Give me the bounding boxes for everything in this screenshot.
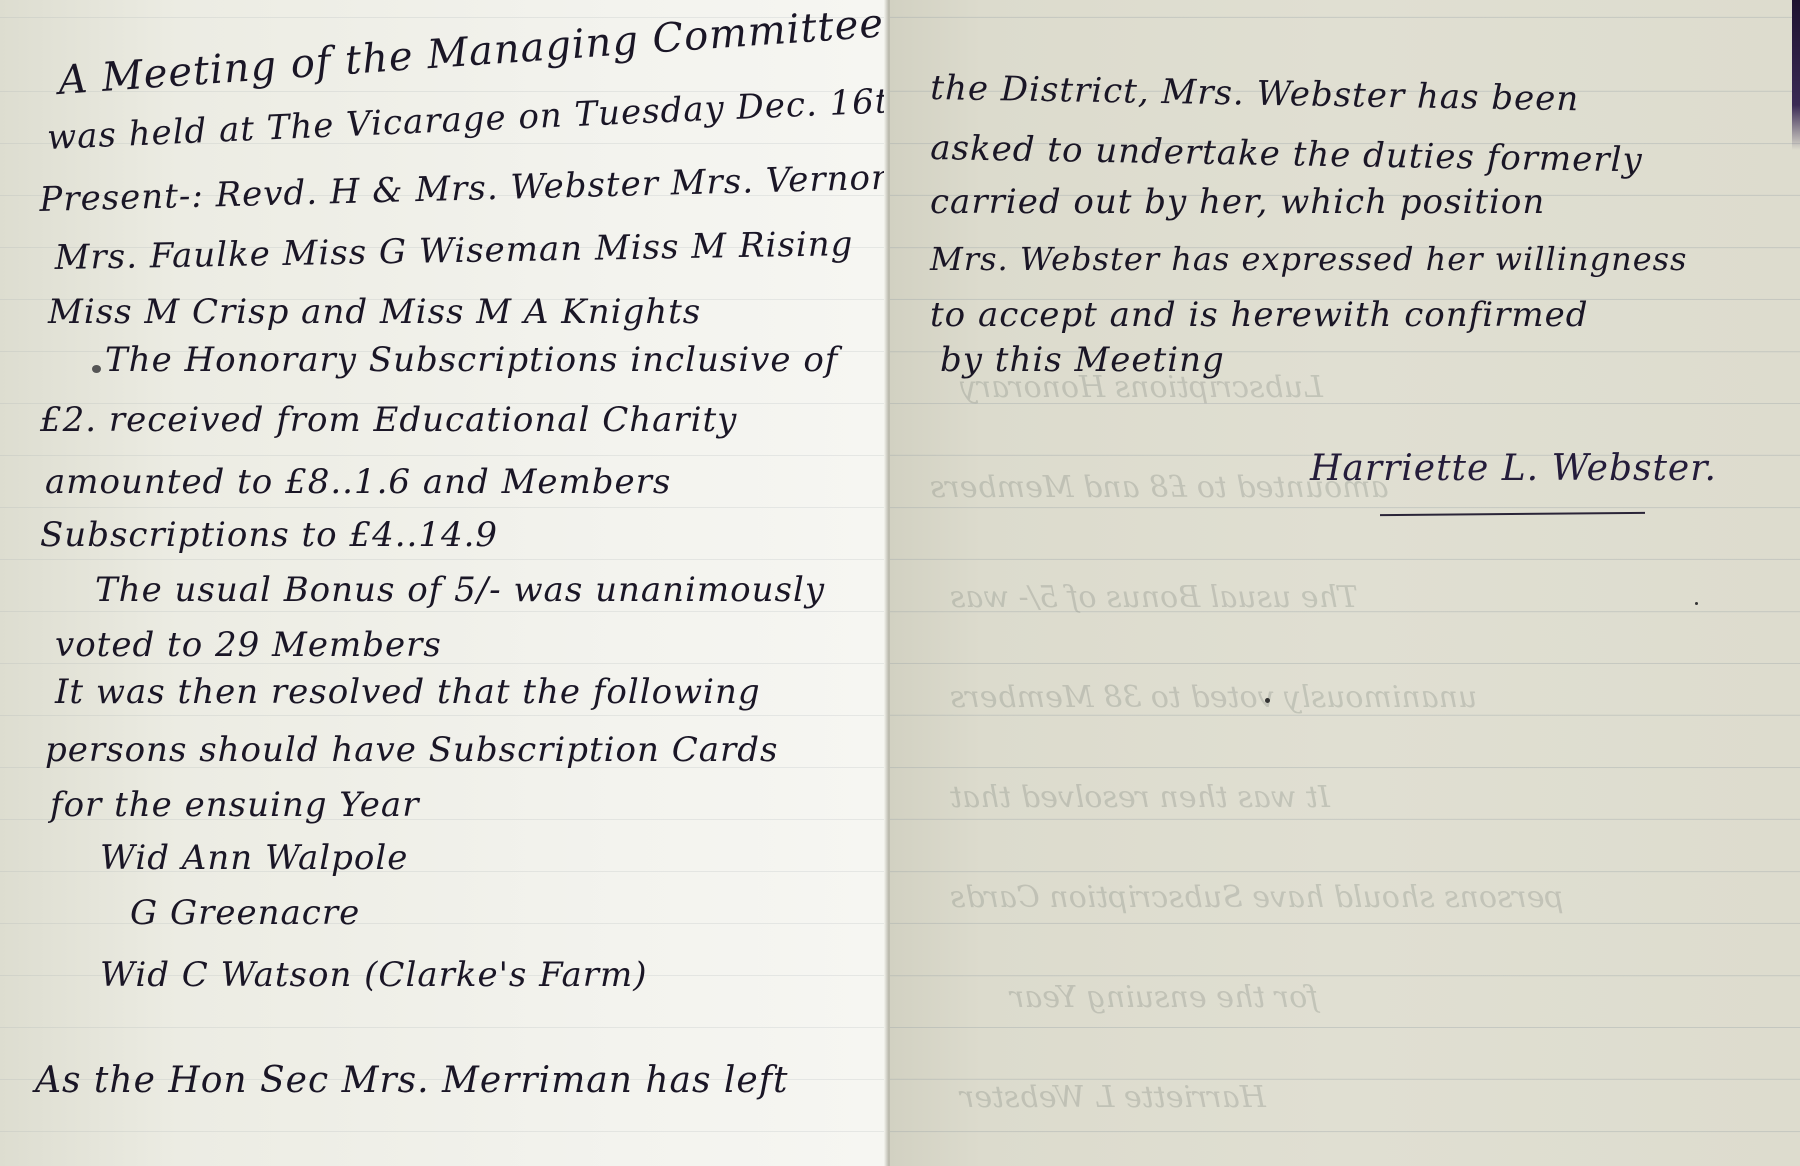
left-line-8: amounted to £8..1.6 and Members (45, 462, 671, 502)
left-line-6: The Honorary Subscriptions inclusive of (105, 340, 838, 380)
left-line-16: G Greenacre (130, 893, 360, 933)
bleed-through-text: Harriette L Webster (960, 1080, 1266, 1115)
left-line-12: It was then resolved that the following (55, 672, 761, 712)
left-line-14: for the ensuing Year (50, 785, 419, 825)
left-line-7: £2. received from Educational Charity (40, 400, 737, 440)
right-line-3: carried out by her, which position (930, 182, 1545, 222)
left-line-11: voted to 29 Members (55, 625, 442, 665)
left-line-17: Wid C Watson (Clarke's Farm) (100, 955, 647, 995)
left-page: A Meeting of the Managing Committee was … (0, 0, 888, 1166)
bleed-through-text: persons should have Subscription Cards (950, 880, 1564, 915)
left-line-5: Miss M Crisp and Miss M A Knights (48, 292, 701, 332)
bleed-through-text: The usual Bonus of 5/- was (950, 580, 1358, 615)
left-line-15: Wid Ann Walpole (100, 838, 408, 878)
left-line-10: The usual Bonus of 5/- was unanimously (95, 570, 825, 610)
right-page: Lubscriptions Honorary amounted to £8 an… (890, 0, 1800, 1166)
right-line-4: Mrs. Webster has expressed her willingne… (930, 240, 1687, 278)
ink-blot (92, 365, 101, 373)
ink-speck (1695, 602, 1698, 605)
notebook-spread: A Meeting of the Managing Committee was … (0, 0, 1800, 1166)
ink-speck (1265, 698, 1270, 703)
bleed-through-text: for the ensuing Year (1010, 980, 1318, 1015)
book-edge-shadow (1792, 0, 1800, 150)
right-line-6: by this Meeting (940, 340, 1225, 380)
signature: Harriette L. Webster. (1310, 448, 1717, 489)
left-line-13: persons should have Subscription Cards (45, 730, 778, 770)
left-line-18: As the Hon Sec Mrs. Merriman has left (35, 1060, 789, 1101)
bleed-through-text: It was then resolved that (950, 780, 1330, 815)
bleed-through-text: unanimously voted to 38 Members (950, 680, 1477, 715)
left-line-9: Subscriptions to £4..14.9 (40, 515, 498, 555)
right-line-5: to accept and is herewith confirmed (930, 295, 1589, 335)
